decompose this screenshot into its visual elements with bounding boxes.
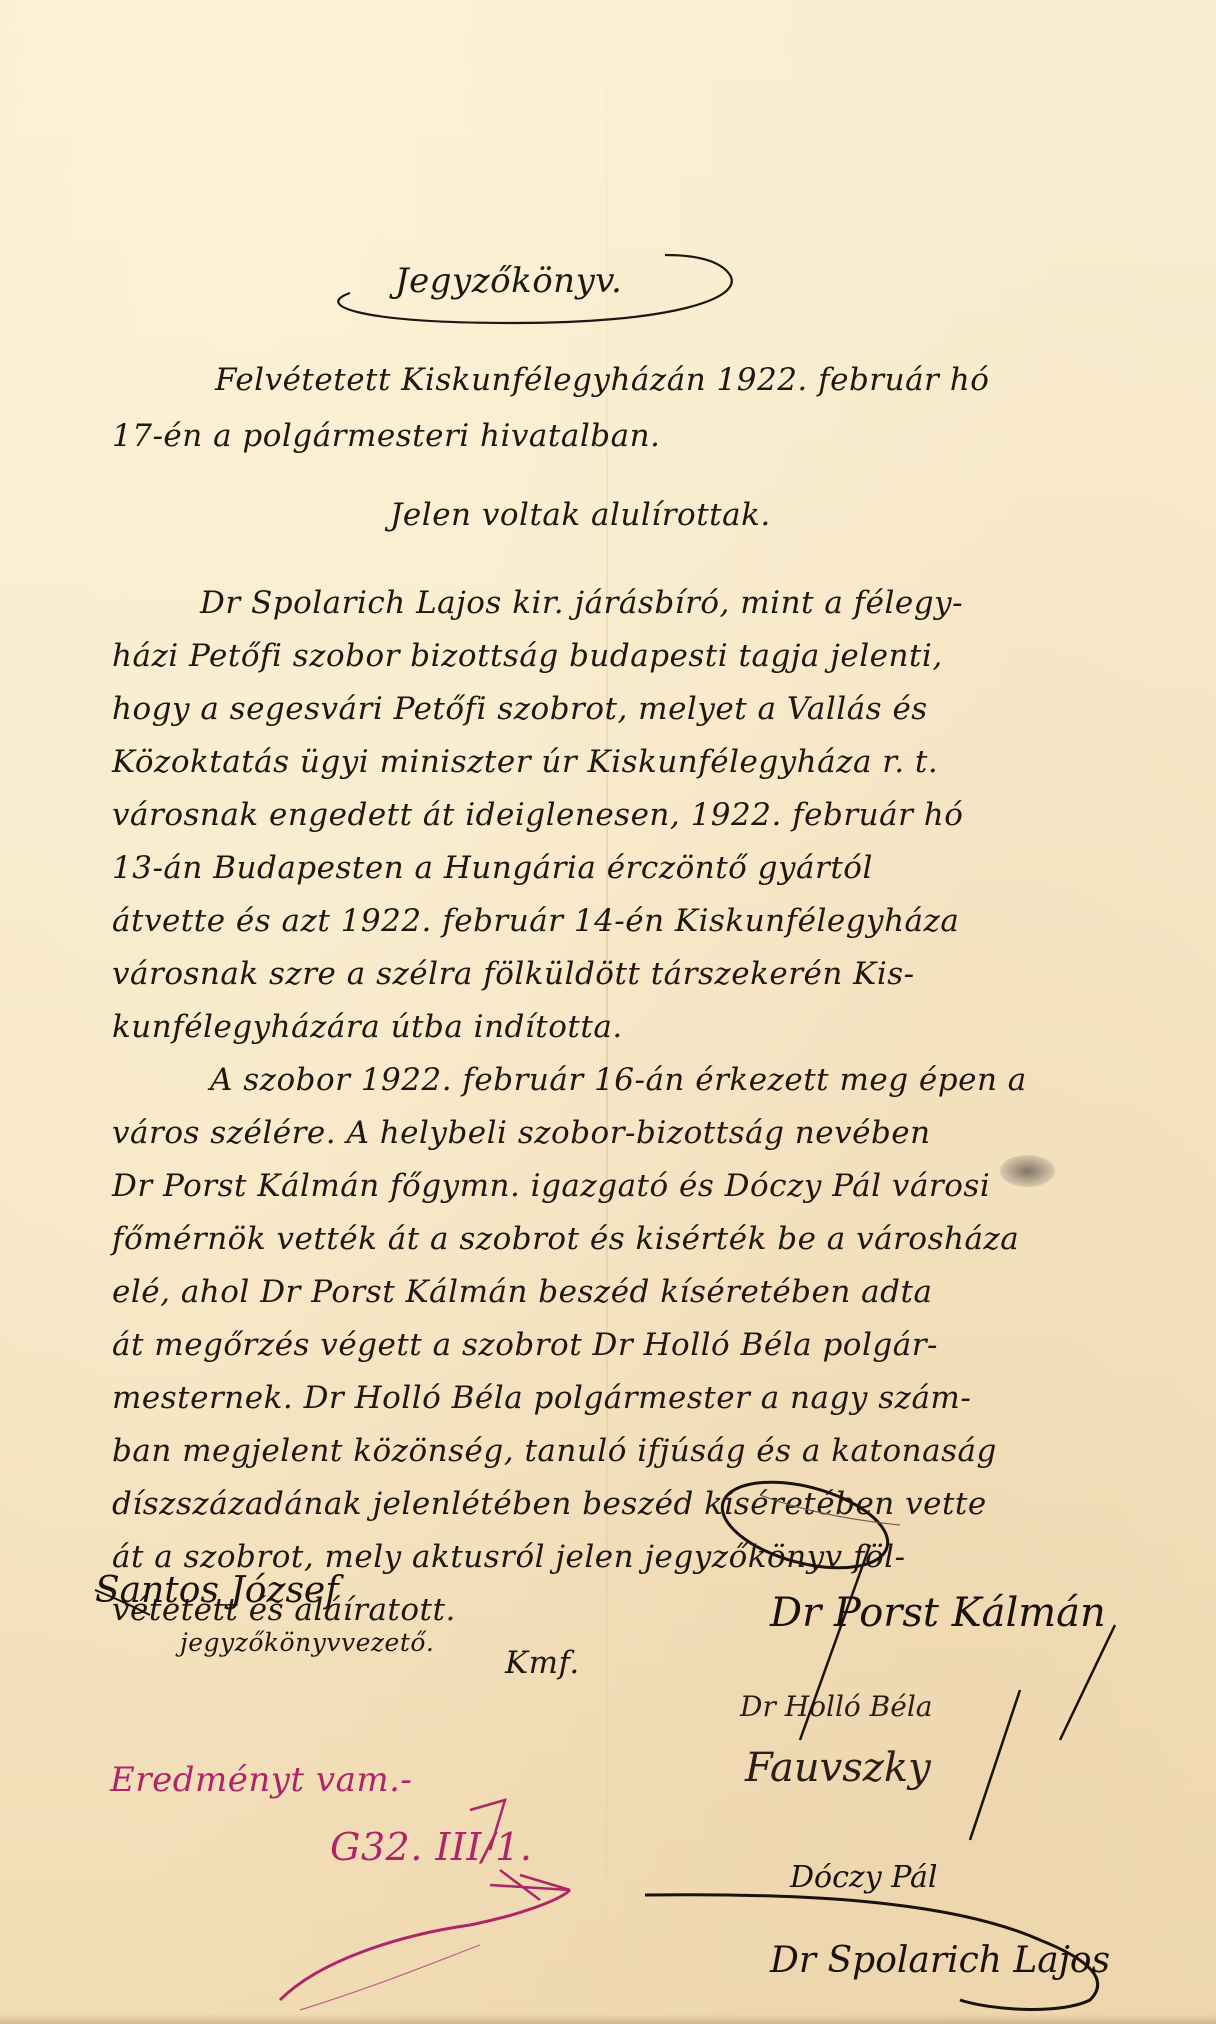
- body-line: városnak szre a szélra fölküldött társze…: [112, 956, 915, 992]
- body-line: hogy a segesvári Petőfi szobrot, melyet …: [112, 691, 928, 727]
- signature-doczy-pal: Dóczy Pál: [790, 1860, 938, 1895]
- closing-kmf: Kmf.: [505, 1645, 580, 1681]
- present-heading: Jelen voltak alulírottak.: [390, 497, 771, 533]
- body-line: Dr Porst Kálmán főgymn. igazgató és Dócz…: [112, 1168, 990, 1204]
- intro-line-2: 17-én a polgármesteri hivatalban.: [112, 418, 660, 454]
- signature-hollo-bela: Dr Holló Béla: [740, 1690, 932, 1723]
- body-line: főmérnök vették át a szobrot és kisérték…: [112, 1221, 1019, 1257]
- body-line: átvette és azt 1922. február 14-én Kisku…: [112, 903, 959, 939]
- page-title: Jegyzőkönyv.: [395, 261, 622, 301]
- signature-spolarich-lajos: Dr Spolarich Lajos: [770, 1940, 1110, 1981]
- body-line: 13-án Budapesten a Hungária érczöntő gyá…: [112, 850, 873, 886]
- recorder-signature: Santos József: [95, 1570, 339, 1611]
- title-block: Jegyzőkönyv.: [325, 245, 745, 325]
- ink-stain: [1000, 1155, 1055, 1187]
- body-line: Közoktatás ügyi miniszter úr Kiskunféleg…: [112, 744, 938, 780]
- recorder-role: jegyzőkönyvvezető.: [180, 1628, 434, 1657]
- magenta-annotation: Eredményt vam.-: [110, 1760, 412, 1800]
- paper-bottom-edge: [0, 2014, 1216, 2024]
- intro-line-1: Felvétetett Kiskunfélegyházán 1922. febr…: [215, 362, 989, 398]
- signature-porst-kalman: Dr Porst Kálmán: [770, 1590, 1106, 1636]
- signature-third: Fauvszky: [745, 1745, 931, 1791]
- body-line: ban megjelent közönség, tanuló ifjúság é…: [112, 1433, 997, 1469]
- body-line: város szélére. A helybeli szobor-bizotts…: [112, 1115, 931, 1151]
- body-line: városnak engedett át ideiglenesen, 1922.…: [112, 797, 963, 833]
- body-line: mesternek. Dr Holló Béla polgármester a …: [112, 1380, 971, 1416]
- body-line: házi Petőfi szobor bizottság budapesti t…: [112, 638, 943, 674]
- body-line: át megőrzés végett a szobrot Dr Holló Bé…: [112, 1327, 938, 1363]
- body-line: Dr Spolarich Lajos kir. járásbíró, mint …: [200, 585, 963, 621]
- body-line: A szobor 1922. február 16-án érkezett me…: [210, 1062, 1027, 1098]
- body-line: kunfélegyházára útba indította.: [112, 1009, 623, 1045]
- body-line: elé, ahol Dr Porst Kálmán beszéd kíséret…: [112, 1274, 932, 1310]
- body-line: díszszázadának jelenlétében beszéd kísér…: [112, 1486, 987, 1522]
- magenta-reference-number: G32. III/1.: [330, 1825, 532, 1869]
